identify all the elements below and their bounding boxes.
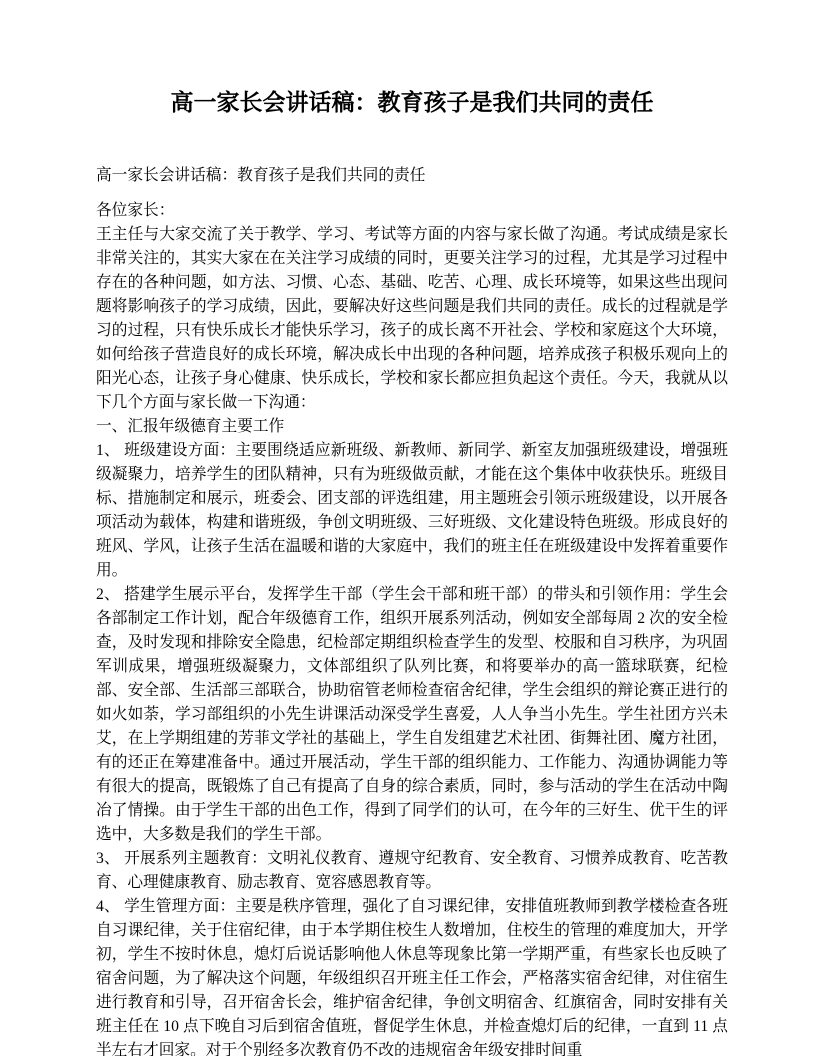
salutation-paragraph: 各位家长：: [96, 199, 728, 223]
section-heading-paragraph: 一、汇报年级德育主要工作: [96, 415, 728, 439]
item-3-paragraph: 3、 开展系列主题教育：文明礼仪教育、遵规守纪教育、安全教育、习惯养成教育、吃苦…: [96, 847, 728, 895]
document-content: 高一家长会讲话稿：教育孩子是我们共同的责任 高一家长会讲话稿：教育孩子是我们共同…: [96, 88, 728, 1056]
item-4-paragraph: 4、 学生管理方面：主要是秩序管理，强化了自习课纪律，安排值班教师到教学楼检查各…: [96, 895, 728, 1056]
document-page: 高一家长会讲话稿：教育孩子是我们共同的责任 高一家长会讲话稿：教育孩子是我们共同…: [0, 0, 816, 1056]
document-body: 各位家长： 王主任与大家交流了关于教学、学习、考试等方面的内容与家长做了沟通。考…: [96, 199, 728, 1056]
intro-paragraph: 王主任与大家交流了关于教学、学习、考试等方面的内容与家长做了沟通。考试成绩是家长…: [96, 223, 728, 415]
document-subtitle: 高一家长会讲话稿：教育孩子是我们共同的责任: [96, 164, 728, 188]
document-title: 高一家长会讲话稿：教育孩子是我们共同的责任: [96, 88, 728, 118]
item-2-paragraph: 2、 搭建学生展示平台，发挥学生干部（学生会干部和班干部）的带头和引领作用：学生…: [96, 583, 728, 847]
item-1-paragraph: 1、 班级建设方面：主要围绕适应新班级、新教师、新同学、新室友加强班级建设，增强…: [96, 439, 728, 583]
